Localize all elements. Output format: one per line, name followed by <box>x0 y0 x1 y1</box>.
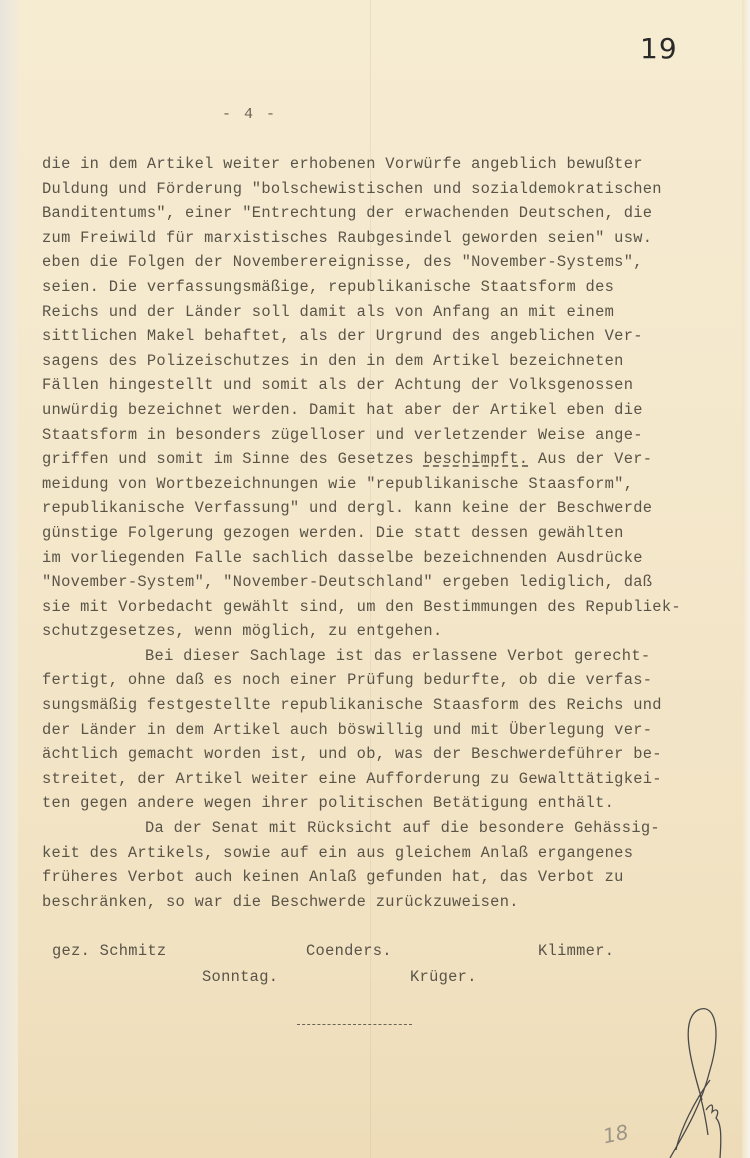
text-line: Duldung und Förderung "bolschewistischen… <box>42 177 742 202</box>
text-line: im vorliegenden Falle sachlich dasselbe … <box>42 546 742 571</box>
text-line: der Länder in dem Artikel auch böswillig… <box>42 718 742 743</box>
paragraph-start: Da der Senat mit Rücksicht auf die beson… <box>42 816 742 841</box>
text-line: streitet, der Artikel weiter eine Auffor… <box>42 767 742 792</box>
text-line: früheres Verbot auch keinen Anlaß gefund… <box>42 865 742 890</box>
signature-klimmer: Klimmer. <box>538 942 614 960</box>
closing-rule <box>297 1024 412 1025</box>
text-line: keit des Artikels, sowie auf ein aus gle… <box>42 841 742 866</box>
text-line: sittlichen Makel behaftet, als der Urgru… <box>42 324 742 349</box>
signature-schmitz: gez. Schmitz <box>52 942 166 960</box>
body-text: die in dem Artikel weiter erhobenen Vorw… <box>42 152 742 914</box>
text-line: ächtlich gemacht worden ist, und ob, was… <box>42 742 742 767</box>
text-line: Banditentums", einer "Entrechtung der er… <box>42 201 742 226</box>
text-line: sungsmäßig festgestellte republikanische… <box>42 693 742 718</box>
document-page: 19 - 4 - die in dem Artikel weiter erhob… <box>0 0 750 1158</box>
text-line: Staatsform in besonders zügelloser und v… <box>42 423 742 448</box>
handwritten-initials-icon <box>640 1000 750 1158</box>
text-line: sie mit Vorbedacht gewählt sind, um den … <box>42 595 742 620</box>
text-segment: Aus der Ver- <box>528 450 652 468</box>
text-line: ten gegen andere wegen ihrer politischen… <box>42 791 742 816</box>
text-line: Reichs und der Länder soll damit als von… <box>42 300 742 325</box>
folio-number: 19 <box>640 32 678 65</box>
text-line: schutzgesetzes, wenn möglich, zu entgehe… <box>42 619 742 644</box>
text-line: "November-System", "November-Deutschland… <box>42 570 742 595</box>
text-line: beschränken, so war die Beschwerde zurüc… <box>42 890 742 915</box>
pencil-note: 18 <box>601 1120 631 1149</box>
page-edge <box>742 0 750 1158</box>
text-line: günstige Folgerung gezogen werden. Die s… <box>42 521 742 546</box>
text-line: republikanische Verfassung" und dergl. k… <box>42 496 742 521</box>
text-line: sagens des Polizeischutzes in den in dem… <box>42 349 742 374</box>
text-line: Fällen hingestellt und somit als der Ach… <box>42 373 742 398</box>
underlined-word: beschimpft. <box>423 450 528 468</box>
binding-strip <box>0 0 18 1158</box>
text-line: zum Freiwild für marxistisches Raubgesin… <box>42 226 742 251</box>
text-line: fertigt, ohne daß es noch einer Prüfung … <box>42 668 742 693</box>
page-marker: - 4 - <box>222 106 277 123</box>
text-line-underlined: griffen und somit im Sinne des Gesetzes … <box>42 447 742 472</box>
paragraph-start: Bei dieser Sachlage ist das erlassene Ve… <box>42 644 742 669</box>
text-line: die in dem Artikel weiter erhobenen Vorw… <box>42 152 742 177</box>
signature-krueger: Krüger. <box>410 968 477 986</box>
text-segment: griffen und somit im Sinne des Gesetzes <box>42 450 423 468</box>
text-line: meidung von Wortbezeichnungen wie "repub… <box>42 472 742 497</box>
text-line: unwürdig bezeichnet werden. Damit hat ab… <box>42 398 742 423</box>
signature-coenders: Coenders. <box>306 942 392 960</box>
text-line: seien. Die verfassungsmäßige, republikan… <box>42 275 742 300</box>
text-line: eben die Folgen der Novemberereignisse, … <box>42 250 742 275</box>
signature-sonntag: Sonntag. <box>202 968 278 986</box>
